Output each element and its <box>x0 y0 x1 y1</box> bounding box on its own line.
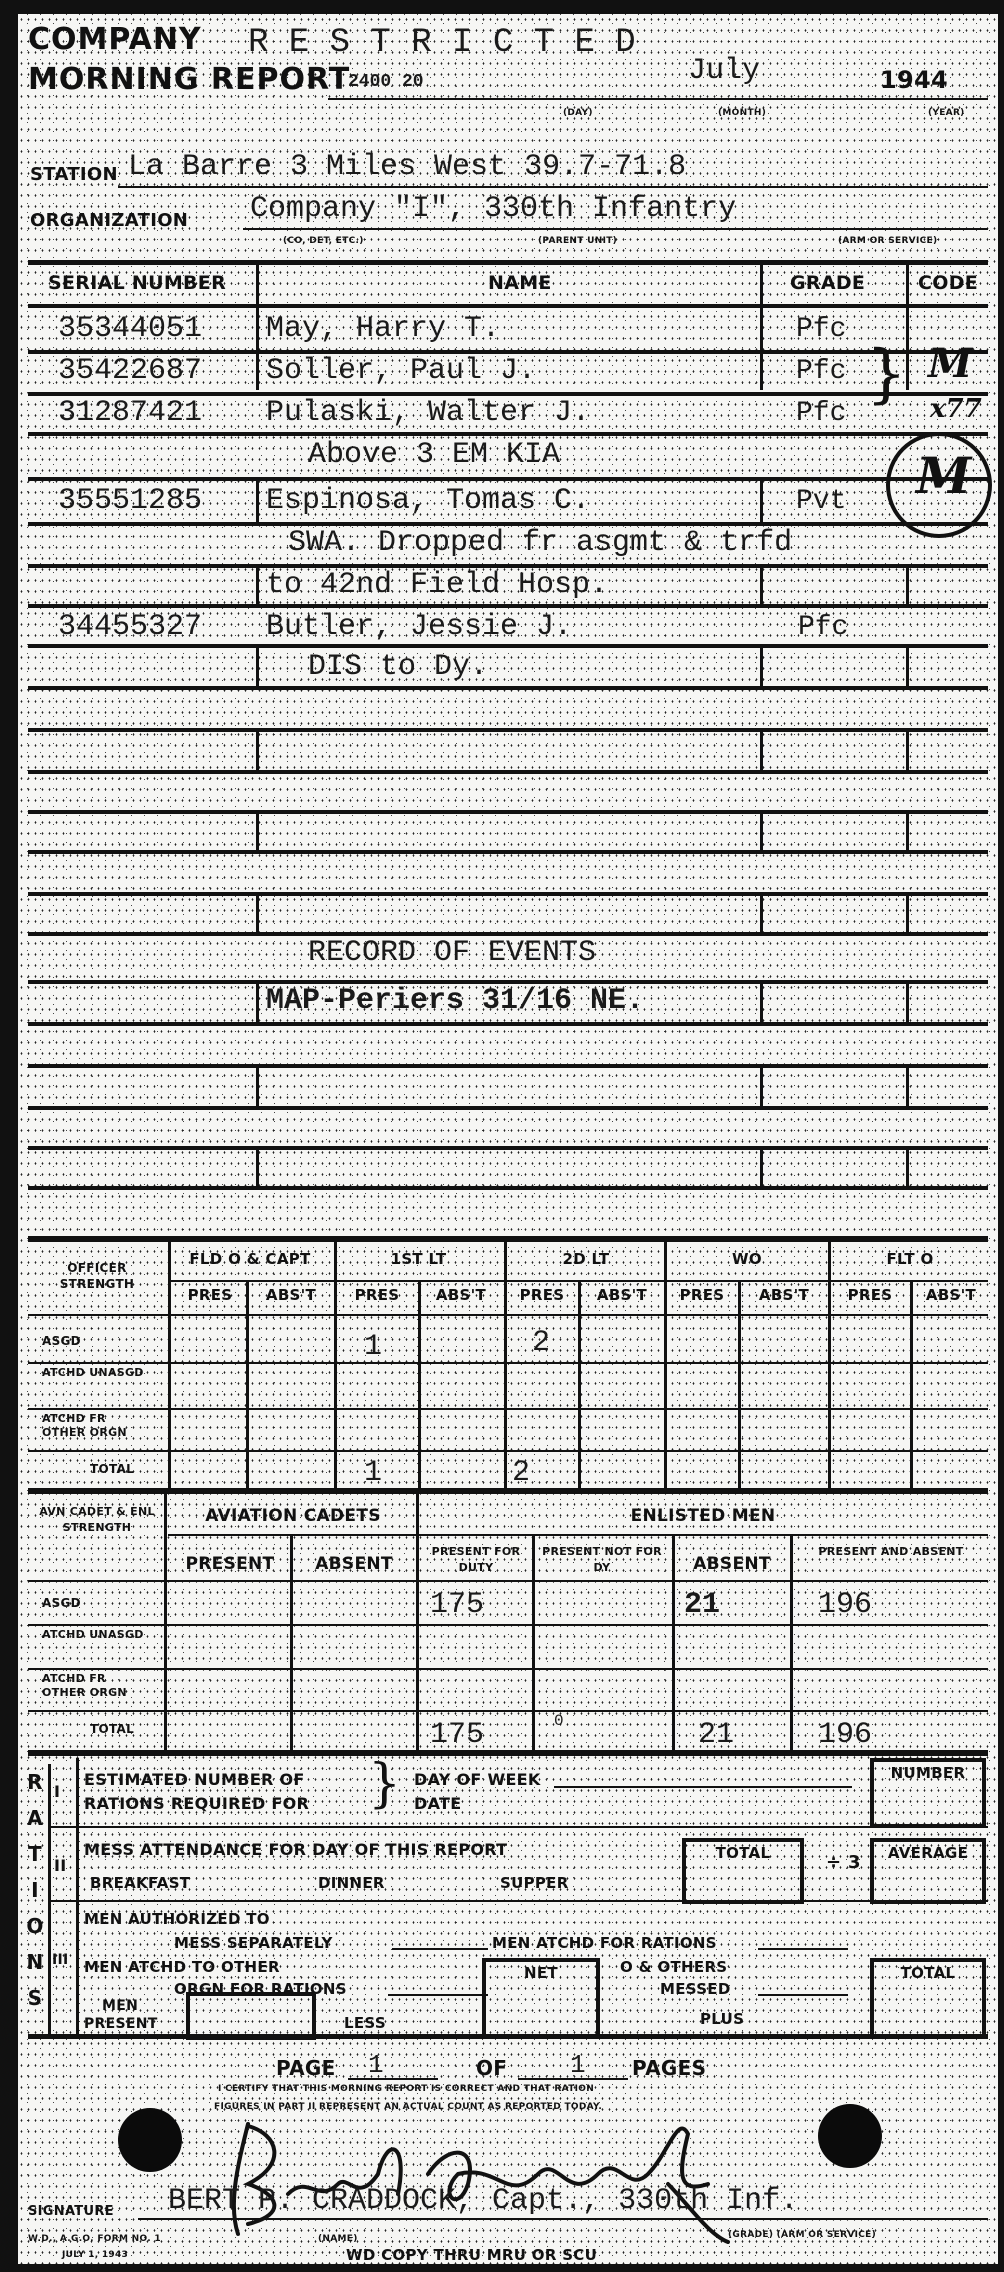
row-grade: Pfc <box>796 314 846 345</box>
row-serial: 34455327 <box>58 610 202 644</box>
brace-icon: } <box>368 1754 401 1814</box>
row-name: Soller, Paul J. <box>266 354 536 388</box>
signer-name: BERT P. CRADDOCK, Capt., 330th Inf. <box>168 2184 798 2218</box>
row-code-handwritten: M <box>928 340 972 387</box>
row-note: Above 3 EM KIA <box>308 438 560 472</box>
net-label: NET <box>482 1964 600 1982</box>
asgd-2d-lt-pres: 2 <box>532 1326 550 1360</box>
sub-pres: PRES <box>173 1286 247 1304</box>
aviation-cadets-title: AVIATION CADETS <box>168 1506 418 1526</box>
supper-label: SUPPER <box>500 1874 569 1892</box>
enlisted-men-title: ENLISTED MEN <box>418 1506 988 1526</box>
of-label: OF <box>476 2056 507 2080</box>
organization-value: Company "I", 330th Infantry <box>250 192 736 226</box>
group-wo: WO <box>666 1250 828 1268</box>
group-fld-o-capt: FLD O & CAPT <box>170 1250 330 1268</box>
date-label: DATE <box>414 1794 461 1813</box>
binder-hole-left <box>118 2108 182 2172</box>
form-title-company: COMPANY <box>28 22 202 57</box>
organization-label: ORGANIZATION <box>30 210 188 231</box>
asgd-absent: 21 <box>684 1588 720 1622</box>
page-label: PAGE <box>276 2056 336 2080</box>
sub-abst: ABS'T <box>420 1286 502 1304</box>
sub-pres: PRES <box>336 1286 418 1304</box>
day-of-week-label: DAY OF WEEK <box>414 1770 541 1789</box>
year-caption: (YEAR) <box>928 108 965 118</box>
org-caption-arm: (ARM OR SERVICE) <box>838 236 937 246</box>
row-note: SWA. Dropped fr asgmt & trfd <box>288 526 792 560</box>
row-grade: Pvt <box>796 486 846 517</box>
asgd-present-and-absent: 196 <box>818 1588 872 1622</box>
asgd-present-for-duty: 175 <box>430 1588 484 1622</box>
row-label-atchd-unasgd: ATCHD UNASGD <box>42 1628 152 1642</box>
men-atchd-other-line1: MEN ATCHD TO OTHER <box>84 1958 280 1976</box>
record-of-events-title: RECORD OF EVENTS <box>308 936 596 970</box>
total-present-and-absent: 196 <box>818 1718 872 1752</box>
group-2d-lt: 2D LT <box>506 1250 666 1268</box>
report-day: 2400 20 <box>348 72 424 92</box>
o-others-line1: O & OTHERS <box>620 1958 727 1976</box>
record-of-events-text: MAP-Periers 31/16 NE. <box>266 984 644 1018</box>
row-label-atchd-unasgd: ATCHD UNASGD <box>42 1366 152 1380</box>
grade-caption: (GRADE) (ARM OR SERVICE) <box>728 2230 876 2240</box>
copy-instruction: WD COPY THRU MRU OR SCU <box>346 2246 597 2264</box>
row-label-total: TOTAL <box>90 1722 134 1736</box>
group-flt-o: FLT O <box>830 1250 990 1268</box>
rations-total-label: TOTAL <box>870 1964 986 1982</box>
col-present-not-for-dy: PRESENT NOT FOR DY <box>534 1544 670 1576</box>
group-1st-lt: 1ST LT <box>336 1250 501 1268</box>
divide-by-three: ÷ 3 <box>826 1852 861 1873</box>
row-label-asgd: ASGD <box>42 1596 81 1610</box>
page-number: 1 <box>368 2050 384 2080</box>
form-number-line2: JULY 1, 1943 <box>62 2250 128 2260</box>
org-caption-parent: (PARENT UNIT) <box>538 236 617 246</box>
row-code-handwritten: M <box>916 446 971 505</box>
form-title-morning-report: MORNING REPORT <box>28 62 350 97</box>
row-name: May, Harry T. <box>266 312 500 346</box>
row-label-atchd-fr-other: ATCHD FR OTHER ORGN <box>42 1412 152 1440</box>
men-authorized-line2: MESS SEPARATELY <box>174 1934 333 1952</box>
row-label-asgd: ASGD <box>42 1334 81 1348</box>
sub-abst: ABS'T <box>250 1286 332 1304</box>
enlisted-strength-header: AVN CADET & ENL STRENGTH <box>38 1504 156 1536</box>
sub-pres: PRES <box>506 1286 578 1304</box>
col-cadets-present: PRESENT <box>170 1554 290 1574</box>
section-i-label: I <box>54 1782 60 1801</box>
row-serial: 35344051 <box>58 312 202 346</box>
col-cadets-absent: ABSENT <box>293 1554 415 1574</box>
breakfast-label: BREAKFAST <box>90 1874 190 1892</box>
col-grade: GRADE <box>790 272 865 294</box>
col-name: NAME <box>488 272 552 294</box>
certify-line1: I CERTIFY THAT THIS MORNING REPORT IS CO… <box>218 2084 594 2094</box>
row-grade: Pfc <box>796 356 846 387</box>
classification-stamp: R E S T R I C T E D <box>248 24 636 62</box>
report-year: 1944 <box>880 66 948 94</box>
pages-label: PAGES <box>632 2056 706 2080</box>
mess-attendance-label: MESS ATTENDANCE FOR DAY OF THIS REPORT <box>84 1840 507 1859</box>
row-name: Pulaski, Walter J. <box>266 396 590 430</box>
sub-abst: ABS'T <box>740 1286 828 1304</box>
col-present-and-absent: PRESENT AND ABSENT <box>794 1544 988 1560</box>
estimated-rations-line2: RATIONS REQUIRED FOR <box>84 1794 309 1813</box>
number-label: NUMBER <box>870 1764 986 1782</box>
handwritten-signature-icon <box>208 2114 768 2244</box>
col-code: CODE <box>918 272 978 294</box>
total-2d-lt-pres: 2 <box>512 1456 530 1490</box>
certify-line2: FIGURES IN PART II REPRESENT AN ACTUAL C… <box>214 2102 602 2112</box>
grouping-brace-icon: } <box>866 314 907 434</box>
average-label: AVERAGE <box>870 1844 986 1862</box>
row-note: to 42nd Field Hosp. <box>266 568 608 602</box>
asgd-1st-lt-pres: 1 <box>364 1330 382 1364</box>
sub-pres: PRES <box>830 1286 910 1304</box>
report-month: July <box>688 54 760 88</box>
row-serial: 35422687 <box>58 354 202 388</box>
total-1st-lt-pres: 1 <box>364 1456 382 1490</box>
col-present-for-duty: PRESENT FOR DUTY <box>422 1544 530 1576</box>
row-grade: Pfc <box>798 612 848 643</box>
estimated-rations-line1: ESTIMATED NUMBER OF <box>84 1770 305 1789</box>
name-caption: (NAME) <box>318 2234 358 2244</box>
men-present-line2: PRESENT <box>84 2016 158 2032</box>
row-serial: 35551285 <box>58 484 202 518</box>
form-number-line1: W.D., A.G.O. FORM NO. 1 <box>28 2234 161 2244</box>
col-serial-number: SERIAL NUMBER <box>48 272 226 294</box>
plus-label: PLUS <box>700 2010 744 2028</box>
section-ii-label: II <box>54 1856 67 1875</box>
sub-abst: ABS'T <box>580 1286 664 1304</box>
morning-report-page: COMPANY R E S T R I C T E D MORNING REPO… <box>18 14 998 2264</box>
men-present-box[interactable] <box>186 1992 316 2040</box>
sub-abst: ABS'T <box>912 1286 990 1304</box>
binder-hole-right <box>818 2104 882 2168</box>
month-caption: (MONTH) <box>718 108 766 118</box>
row-name: Butler, Jessie J. <box>266 610 572 644</box>
row-grade: Pfc <box>796 398 846 429</box>
less-label: LESS <box>344 2014 386 2032</box>
row-name: Espinosa, Tomas C. <box>266 484 590 518</box>
row-note: DIS to Dy. <box>308 650 488 684</box>
station-label: STATION <box>30 164 118 185</box>
officer-strength-header: OFFICER STRENGTH <box>42 1260 152 1292</box>
men-atchd-rations-label: MEN ATCHD FOR RATIONS <box>492 1934 717 1952</box>
men-present-line1: MEN <box>102 1998 138 2014</box>
section-iii-label: III <box>52 1952 69 1968</box>
page-total: 1 <box>570 2050 586 2080</box>
total-absent: 21 <box>698 1718 734 1752</box>
dinner-label: DINNER <box>318 1874 385 1892</box>
o-others-line2: MESSED <box>660 1980 731 1998</box>
row-serial: 31287421 <box>58 396 202 430</box>
station-value: La Barre 3 Miles West 39.7-71.8 <box>128 150 686 184</box>
col-absent: ABSENT <box>674 1554 790 1574</box>
signature-label: SIGNATURE <box>28 2204 114 2219</box>
org-caption-co: (CO, DET, ETC.) <box>283 236 364 246</box>
men-authorized-line1: MEN AUTHORIZED TO <box>84 1910 270 1928</box>
sub-pres: PRES <box>666 1286 738 1304</box>
row-code-handwritten: x77 <box>930 394 982 424</box>
row-label-total: TOTAL <box>90 1462 134 1476</box>
mess-total-label: TOTAL <box>682 1844 804 1862</box>
rations-side-label: R A T I O N S <box>24 1764 46 2016</box>
total-present-for-duty: 175 <box>430 1718 484 1752</box>
day-caption: (DAY) <box>563 108 593 118</box>
row-label-atchd-fr-other: ATCHD FR OTHER ORGN <box>42 1672 152 1700</box>
total-present-not-for-dy: 0 <box>554 1712 564 1730</box>
